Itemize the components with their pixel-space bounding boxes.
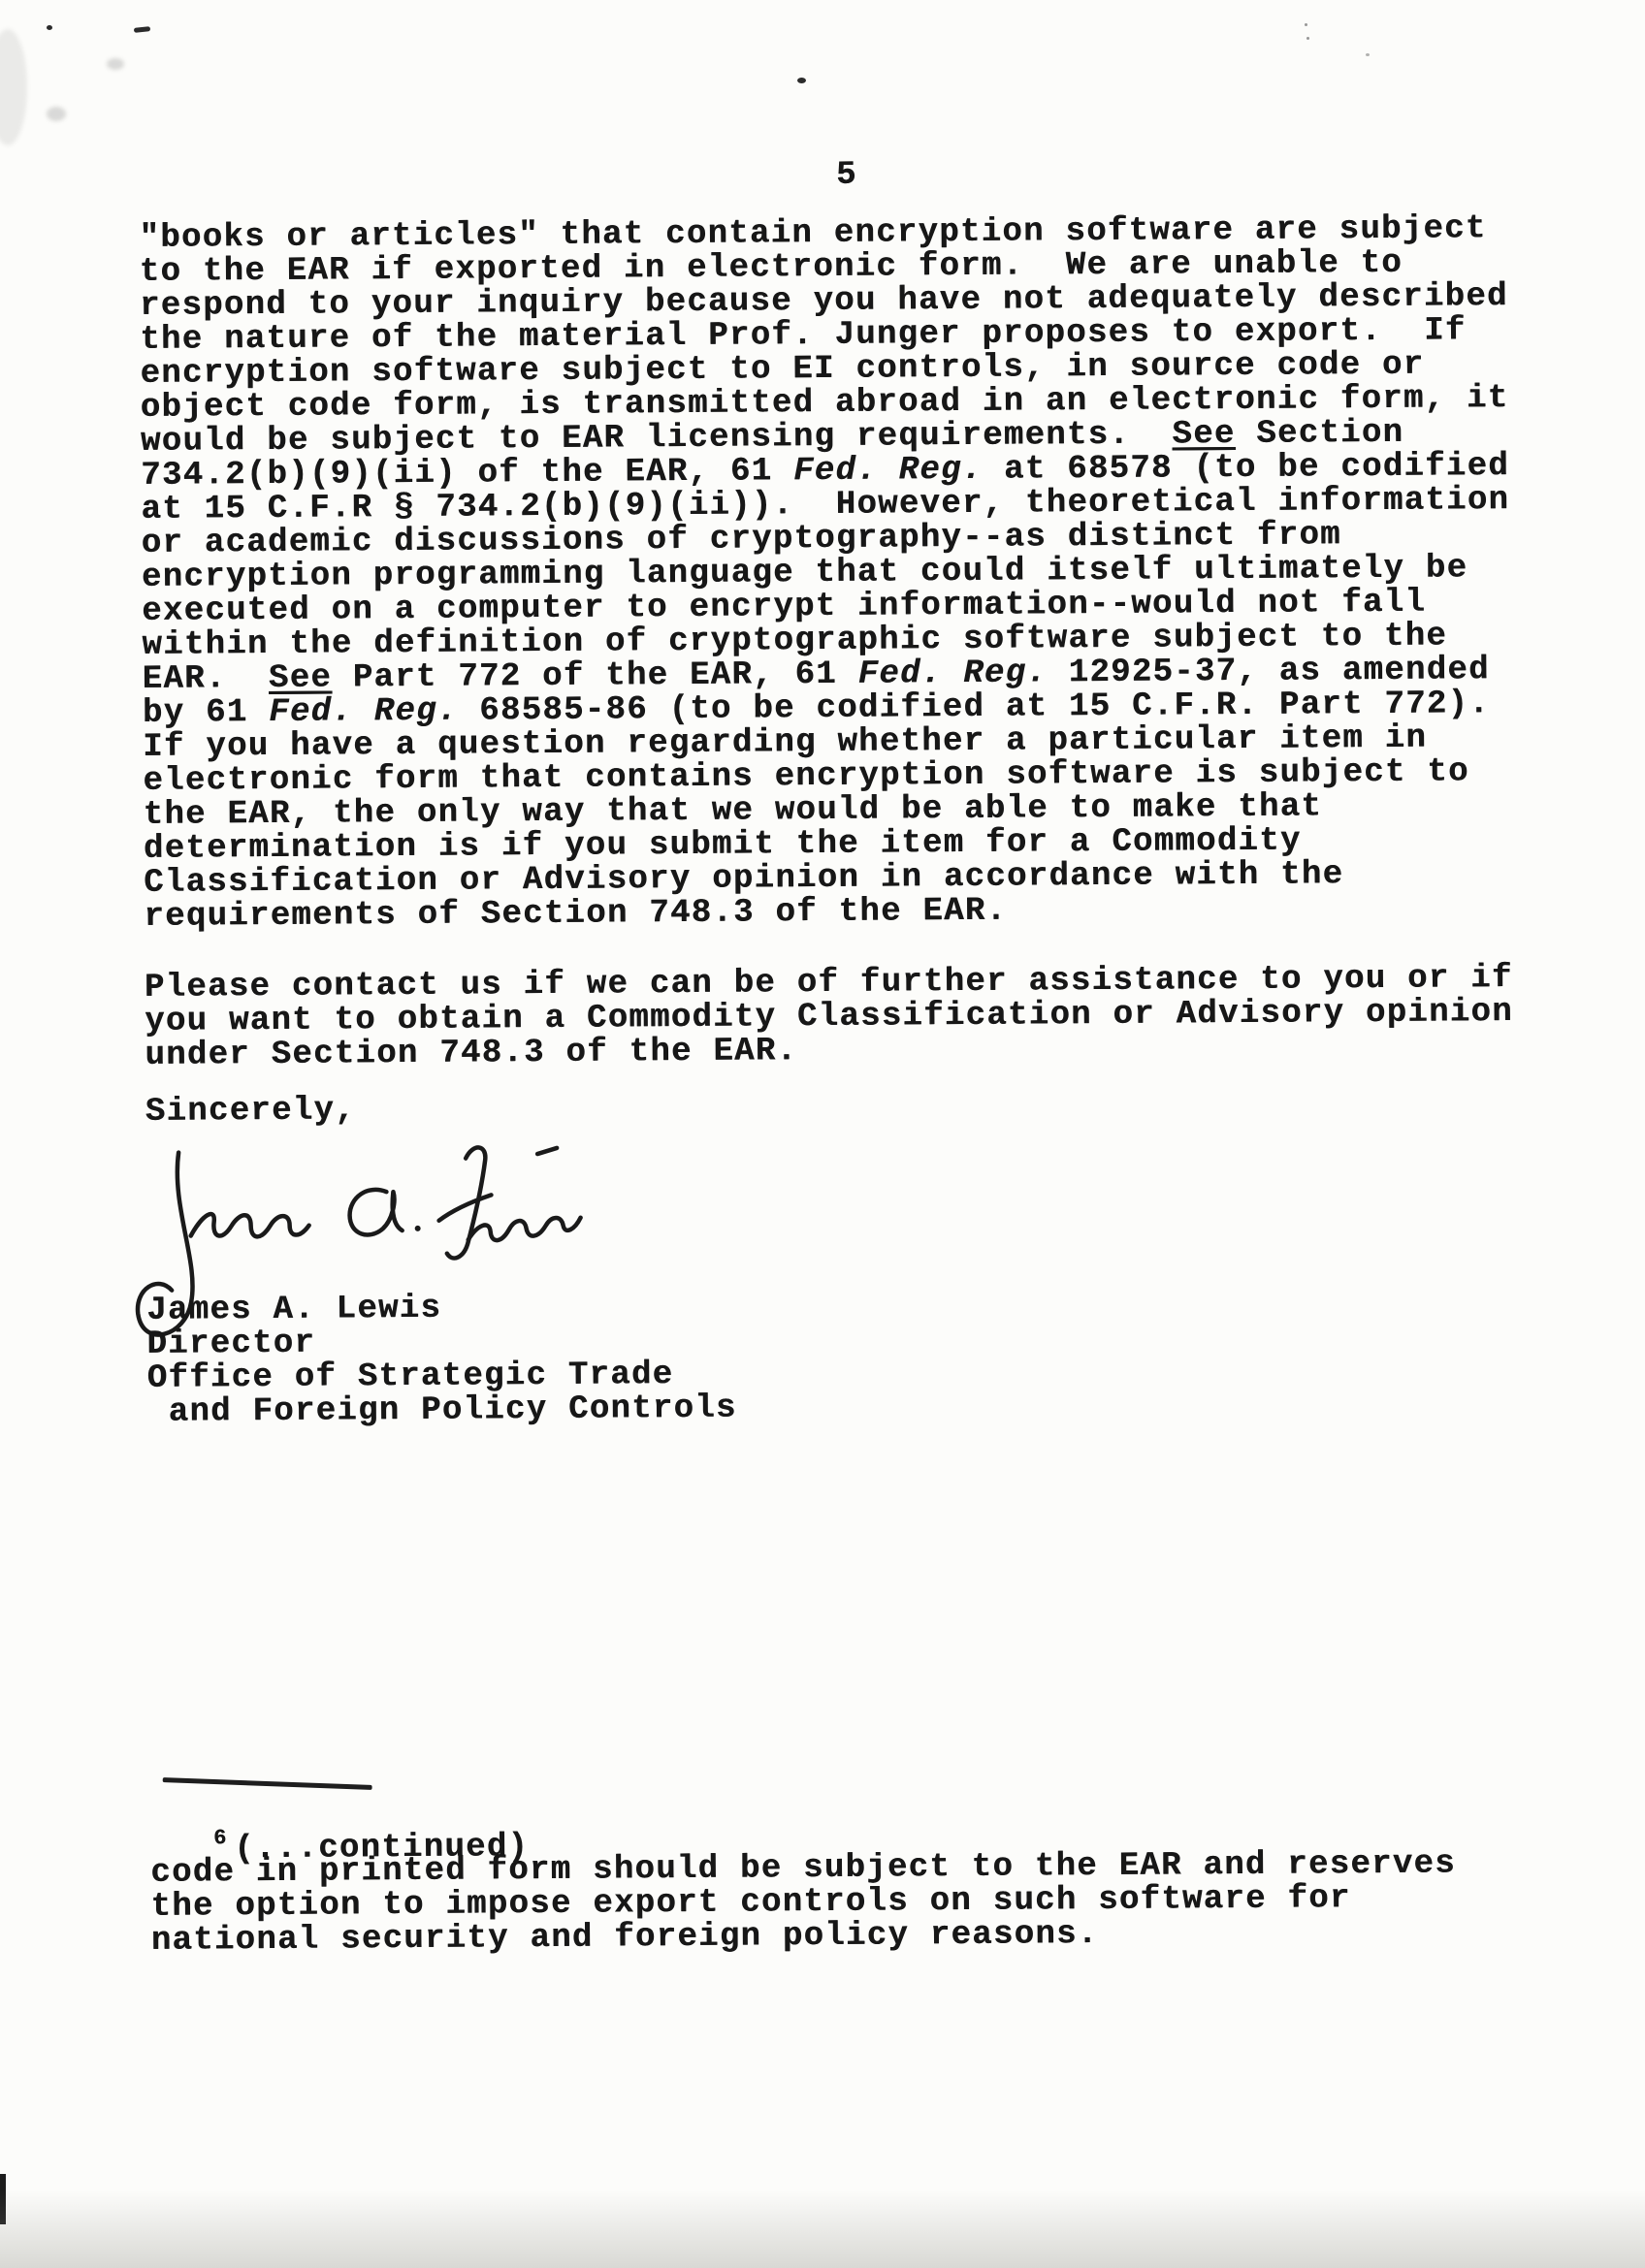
body-paragraph-1: "books or articles" that contain encrypt…	[139, 212, 1512, 935]
scan-bottom-shading	[0, 2190, 1645, 2268]
scan-smudge	[107, 58, 124, 70]
scan-speck	[47, 25, 52, 30]
footnote-marker: 6	[213, 1826, 226, 1850]
footnote-divider-rule	[163, 1777, 372, 1790]
footnote-body: code in printed form should be subject t…	[150, 1847, 1456, 1958]
scan-speck	[1306, 37, 1309, 40]
scanned-letter-page: 5 "books or articles" that contain encry…	[0, 0, 1645, 2268]
scan-speck	[1305, 23, 1307, 26]
body-paragraph-2: Please contact us if we can be of furthe…	[145, 962, 1513, 1073]
typed-signature-block: James A. Lewis Director Office of Strate…	[146, 1291, 737, 1430]
scan-speck	[1366, 53, 1370, 56]
scan-speck	[797, 78, 806, 83]
letter-content: 5 "books or articles" that contain encry…	[0, 0, 1645, 2268]
scan-smudge	[47, 107, 66, 121]
page-number: 5	[836, 159, 857, 193]
